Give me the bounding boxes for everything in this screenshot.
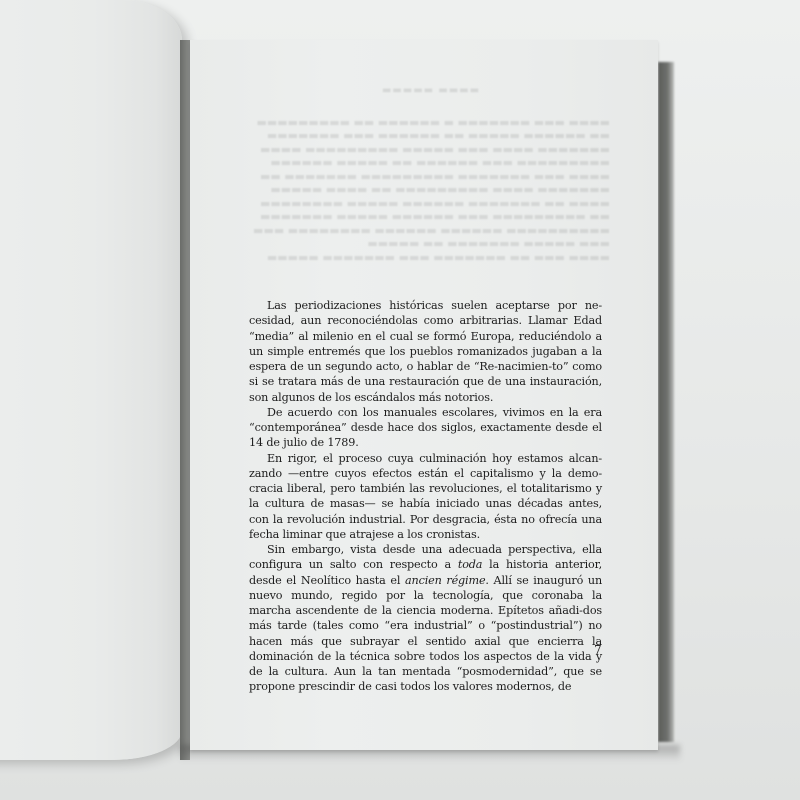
italic-ancien-regime: ancien régime — [405, 574, 485, 587]
paragraph-2: De acuerdo con los manuales escolares, v… — [249, 405, 602, 451]
paragraph-1: Las periodizaciones históricas suelen ac… — [249, 298, 602, 405]
paragraph-4: Sin embargo, vista desde una adecuada pe… — [249, 542, 602, 695]
italic-toda: toda — [458, 558, 482, 571]
right-page: ▬▬▬▬ ▬▬▬▬▬ ▬▬▬▬ ▬▬▬ ▬▬▬▬▬▬▬ ▬ ▬▬▬▬▬▬ ▬▬ … — [190, 40, 658, 750]
paragraph-4-text-c: . Allí se inauguró un nuevo mundo, regid… — [249, 574, 602, 694]
page-edge-shadow — [658, 62, 674, 742]
page-number: 7 — [594, 643, 602, 657]
photo-scene: ▬▬▬▬ ▬▬▬▬▬ ▬▬▬▬ ▬▬▬ ▬▬▬▬▬▬▬ ▬ ▬▬▬▬▬▬ ▬▬ … — [0, 0, 800, 800]
book-spine-gutter — [180, 40, 190, 760]
body-text: Las periodizaciones históricas suelen ac… — [249, 298, 602, 695]
paragraph-3: En rigor, el proceso cuya culminación ho… — [249, 451, 602, 543]
left-page-curled — [0, 0, 182, 760]
show-through-text: ▬▬▬▬ ▬▬▬▬▬ ▬▬▬▬ ▬▬▬ ▬▬▬▬▬▬▬ ▬ ▬▬▬▬▬▬ ▬▬ … — [250, 60, 610, 270]
